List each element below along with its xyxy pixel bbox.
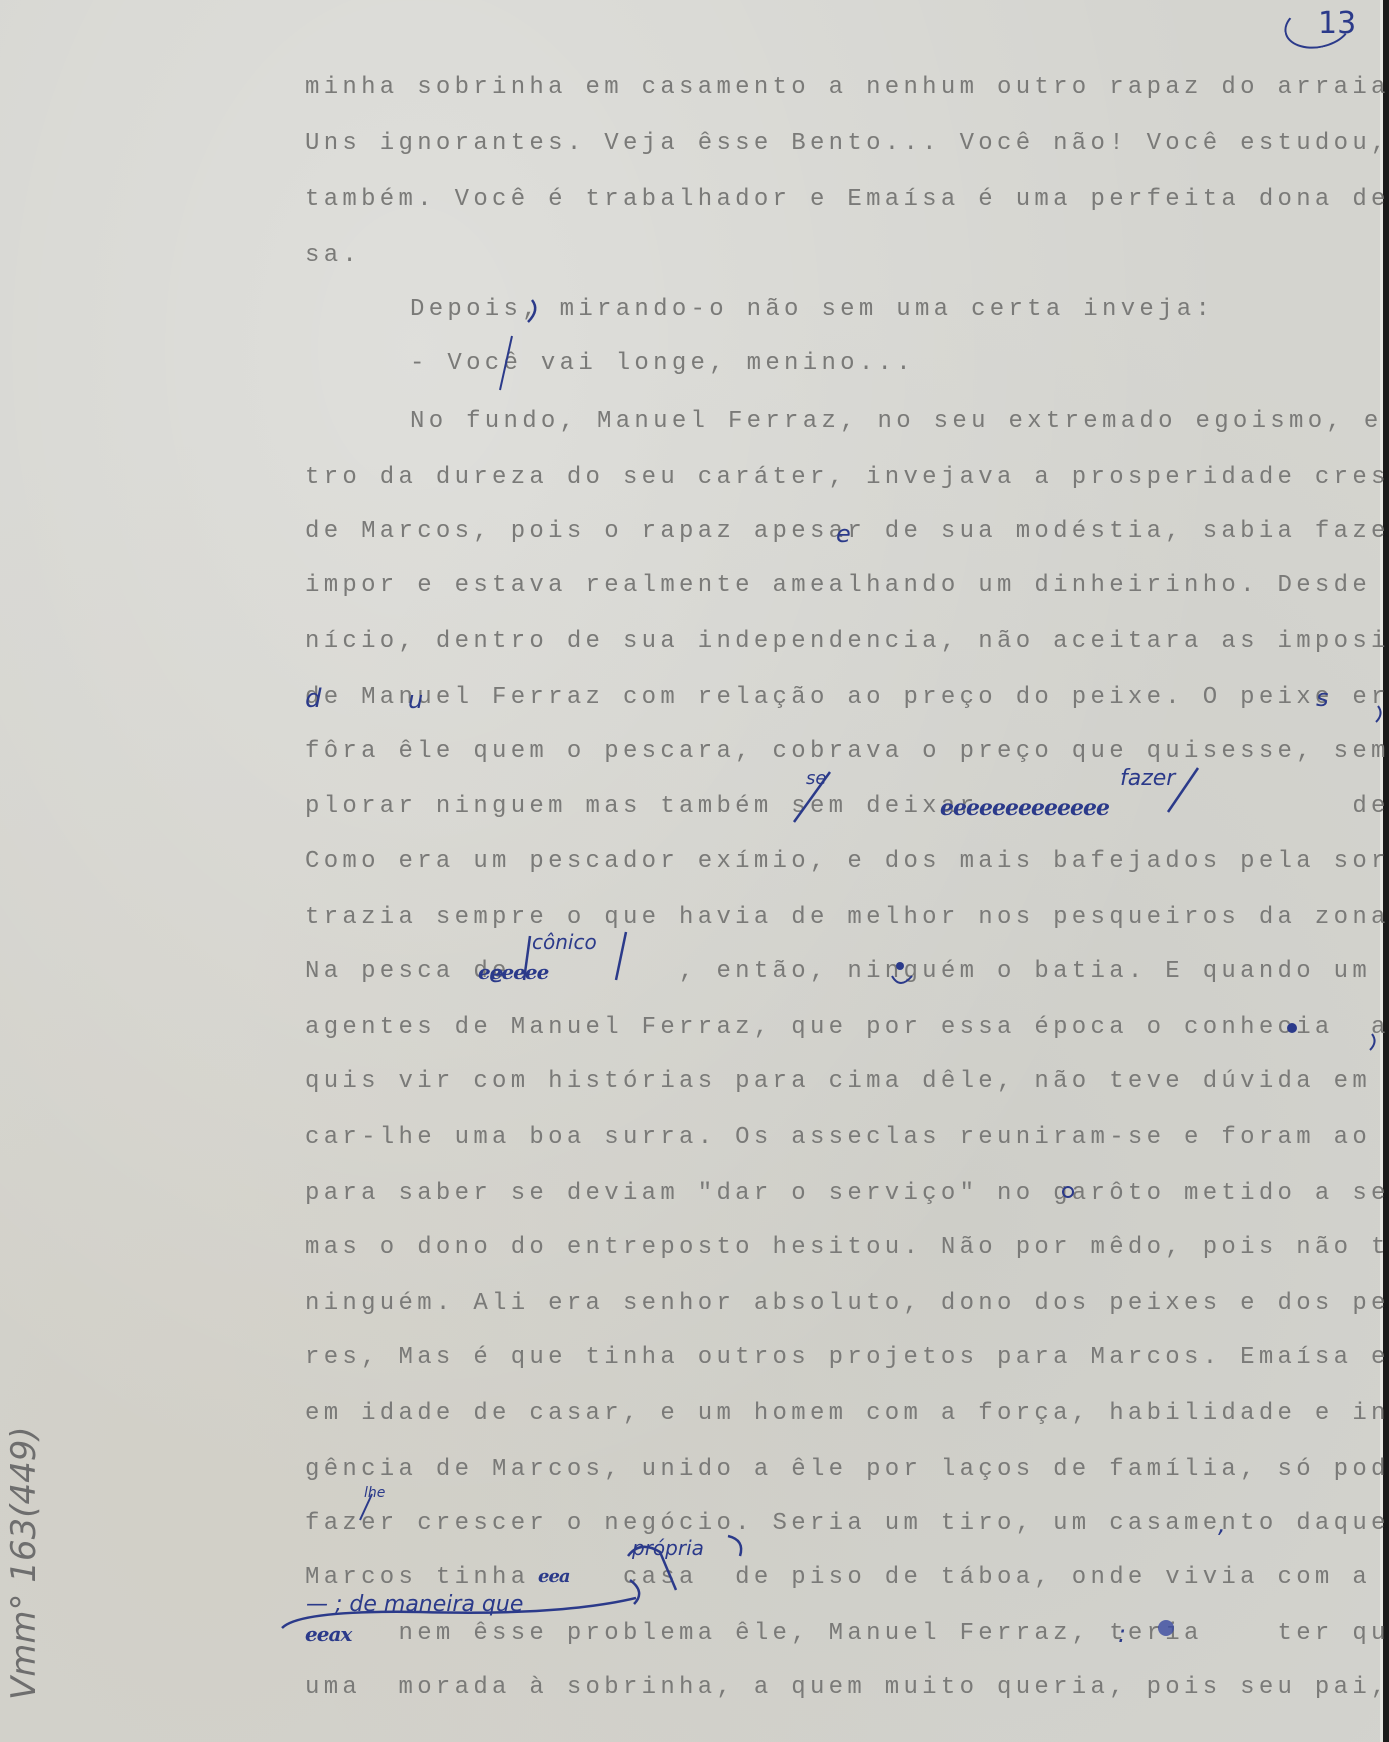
ink-blot [896,962,904,970]
comma-mark [1370,1034,1375,1050]
insertion-slash-mark [794,772,830,822]
pen-marks [0,0,1389,1742]
correction-arc-mark [892,976,912,983]
ink-blot [1158,1620,1174,1636]
insertion-slash-mark [1168,768,1198,812]
ink-blot [1287,1023,1297,1033]
letter-correction-mark [1063,1187,1073,1197]
insertion-bracket-mark [616,932,626,980]
insertion-caret-mark [360,1494,372,1520]
comma-mark [1376,706,1381,722]
insertion-bracket-mark [630,1580,639,1604]
insertion-underline-mark [282,1598,636,1628]
insertion-bracket-mark [728,1536,741,1556]
insertion-bracket-mark [524,936,530,980]
manuscript-page: 13 Vmm° 163(449) minha sobrinha em casam… [0,0,1389,1742]
comma-mark [528,300,535,322]
insertion-slash-mark [500,336,512,390]
